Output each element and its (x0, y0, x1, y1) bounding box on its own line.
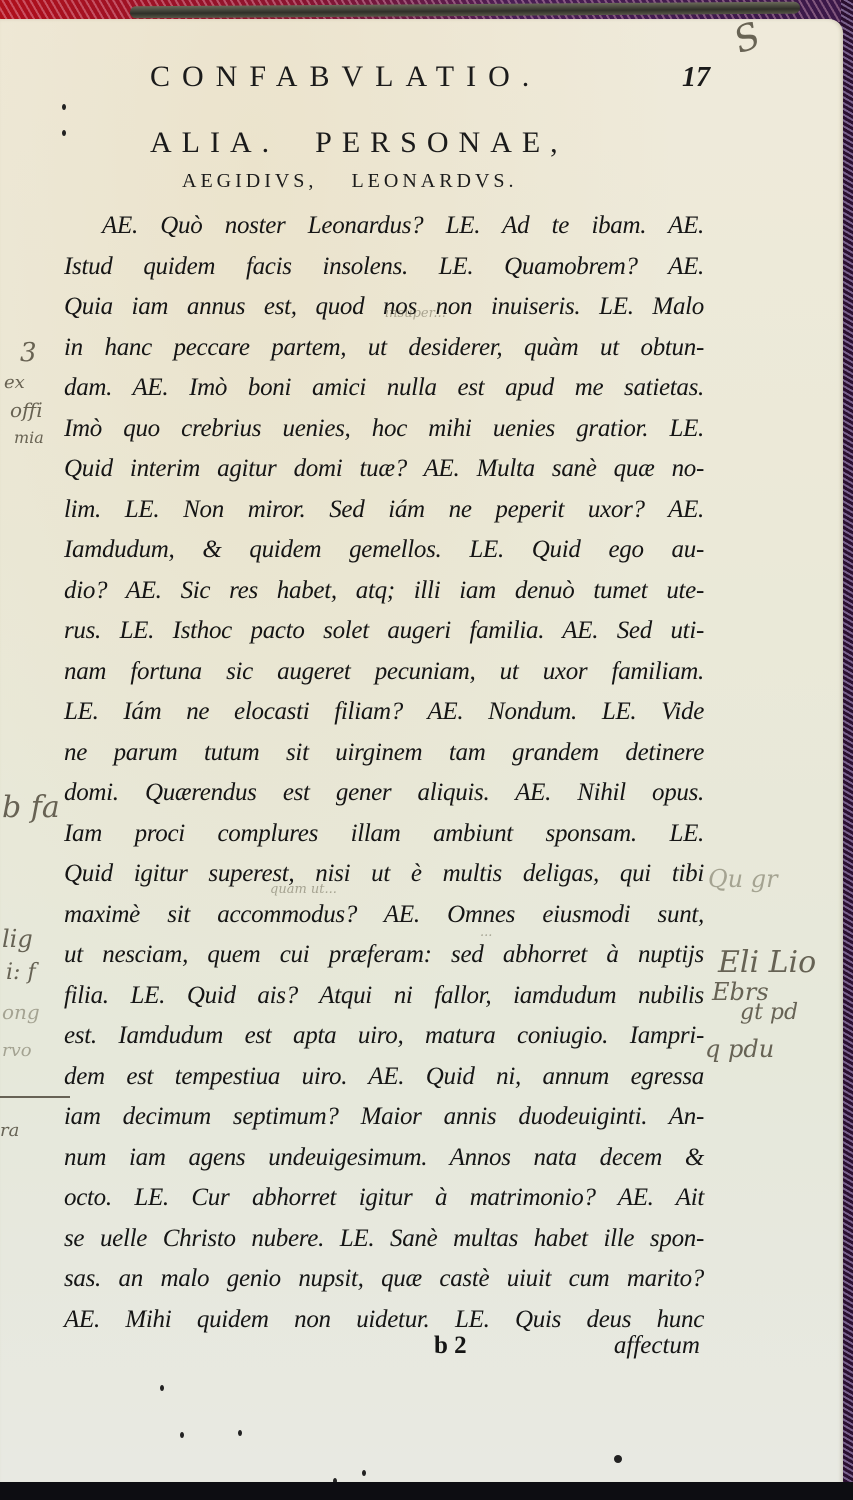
dialogue-title: ALIA.PERSONAE, (150, 126, 568, 160)
margin-annotation-right: Qu gr (708, 865, 778, 893)
title-part-1: ALIA. (150, 126, 279, 159)
margin-pointer-line (0, 1096, 70, 1098)
page-footer: b 2 affectum (430, 1332, 700, 1372)
page-header: CONFABVLATIO. 17 (150, 60, 710, 100)
interlinear-annotation: quam ut... (270, 882, 337, 897)
text-line: dio? AE. Sic res habet, atq; illi iam de… (64, 571, 704, 612)
text-line: se uelle Christo nubere. LE. Sanè multas… (64, 1219, 704, 1260)
text-line: num iam agens undeuigesimum. Annos nata … (64, 1138, 704, 1179)
text-line: sas. an malo genio nupsit, quæ castè uiu… (64, 1259, 704, 1300)
text-line: Imò quo crebrius uenies, hoc mihi uenies… (64, 409, 704, 450)
background-shadow-bottom (0, 1482, 853, 1500)
text-line: filia. LE. Quid ais? Atqui ni fallor, ia… (64, 976, 704, 1017)
signature-mark: b 2 (434, 1332, 467, 1360)
text-line: LE. Iám ne elocasti filiam? AE. Nondum. … (64, 692, 704, 733)
ink-speck (180, 1432, 184, 1438)
margin-annotation-left: offi (10, 398, 43, 422)
margin-annotation-left: rvo (2, 1040, 32, 1061)
margin-annotation-left: ex (4, 372, 25, 393)
text-line: iam decimum septimum? Maior annis duodeu… (64, 1097, 704, 1138)
margin-annotation-right: gt pd (740, 1000, 798, 1025)
text-line: Quid interim agitur domi tuæ? AE. Multa … (64, 449, 704, 490)
text-line: ne parum tutum sit uirginem tam grandem … (64, 733, 704, 774)
margin-annotation-left: ong (2, 1000, 40, 1024)
text-line: dam. AE. Imò boni amici nulla est apud m… (64, 368, 704, 409)
text-line: dem est tempestiua uiro. AE. Quid ni, an… (64, 1057, 704, 1098)
margin-annotation-left: 3 (20, 338, 37, 368)
ink-speck (62, 130, 66, 136)
personae-line: AEGIDIVS,LEONARDVS. (182, 170, 518, 193)
ink-speck (362, 1470, 366, 1476)
margin-annotation-right: q pdu (705, 1035, 774, 1063)
text-line: Quia iam annus est, quod nos non inuiser… (64, 287, 704, 328)
text-line: octo. LE. Cur abhorret igitur à matrimon… (64, 1178, 704, 1219)
text-line: in hanc peccare partem, ut desiderer, qu… (64, 328, 704, 369)
text-line: domi. Quærendus est gener aliquis. AE. N… (64, 773, 704, 814)
interlinear-annotation: insuper... (385, 306, 446, 321)
ink-speck (238, 1430, 242, 1436)
margin-annotation-left: lig (2, 925, 33, 953)
ink-speck (614, 1455, 622, 1463)
margin-annotation-left: mia (14, 428, 44, 447)
text-line: Iam proci complures illam ambiunt sponsa… (64, 814, 704, 855)
text-line: ut nesciam, quem cui præferam: sed abhor… (64, 935, 704, 976)
running-title: CONFABVLATIO. (150, 60, 541, 94)
margin-annotation-left: i: f (6, 960, 36, 985)
catchword: affectum (614, 1332, 700, 1360)
ink-speck (62, 104, 66, 110)
ink-speck (160, 1385, 164, 1391)
speaker-aegidius: AEGIDIVS, (182, 170, 317, 192)
text-line: nam fortuna sic augeret pecuniam, ut uxo… (64, 652, 704, 693)
dialogue-body: AE. Quò noster Leonardus? LE. Ad te ibam… (64, 206, 704, 1340)
text-line: Istud quidem facis insolens. LE. Quamobr… (64, 247, 704, 288)
margin-annotation-left: ra (0, 1120, 19, 1141)
text-line: maximè sit accommodus? AE. Omnes eiusmod… (64, 895, 704, 936)
interlinear-annotation: ... (480, 925, 492, 940)
title-part-2: PERSONAE, (315, 126, 568, 159)
text-line: Quid igitur superest, nisi ut è multis d… (64, 854, 704, 895)
speaker-leonardus: LEONARDVS. (351, 170, 517, 192)
margin-annotation-right: Eli Lio (718, 945, 816, 980)
text-line: AE. Quò noster Leonardus? LE. Ad te ibam… (64, 206, 704, 247)
text-line: lim. LE. Non miror. Sed iám ne peperit u… (64, 490, 704, 531)
text-line: rus. LE. Isthoc pacto solet augeri famil… (64, 611, 704, 652)
text-line: est. Iamdudum est apta uiro, matura coni… (64, 1016, 704, 1057)
text-line: Iamdudum, & quidem gemellos. LE. Quid eg… (64, 530, 704, 571)
page-number: 17 (682, 62, 710, 94)
margin-annotation-left: b fa (2, 790, 60, 825)
